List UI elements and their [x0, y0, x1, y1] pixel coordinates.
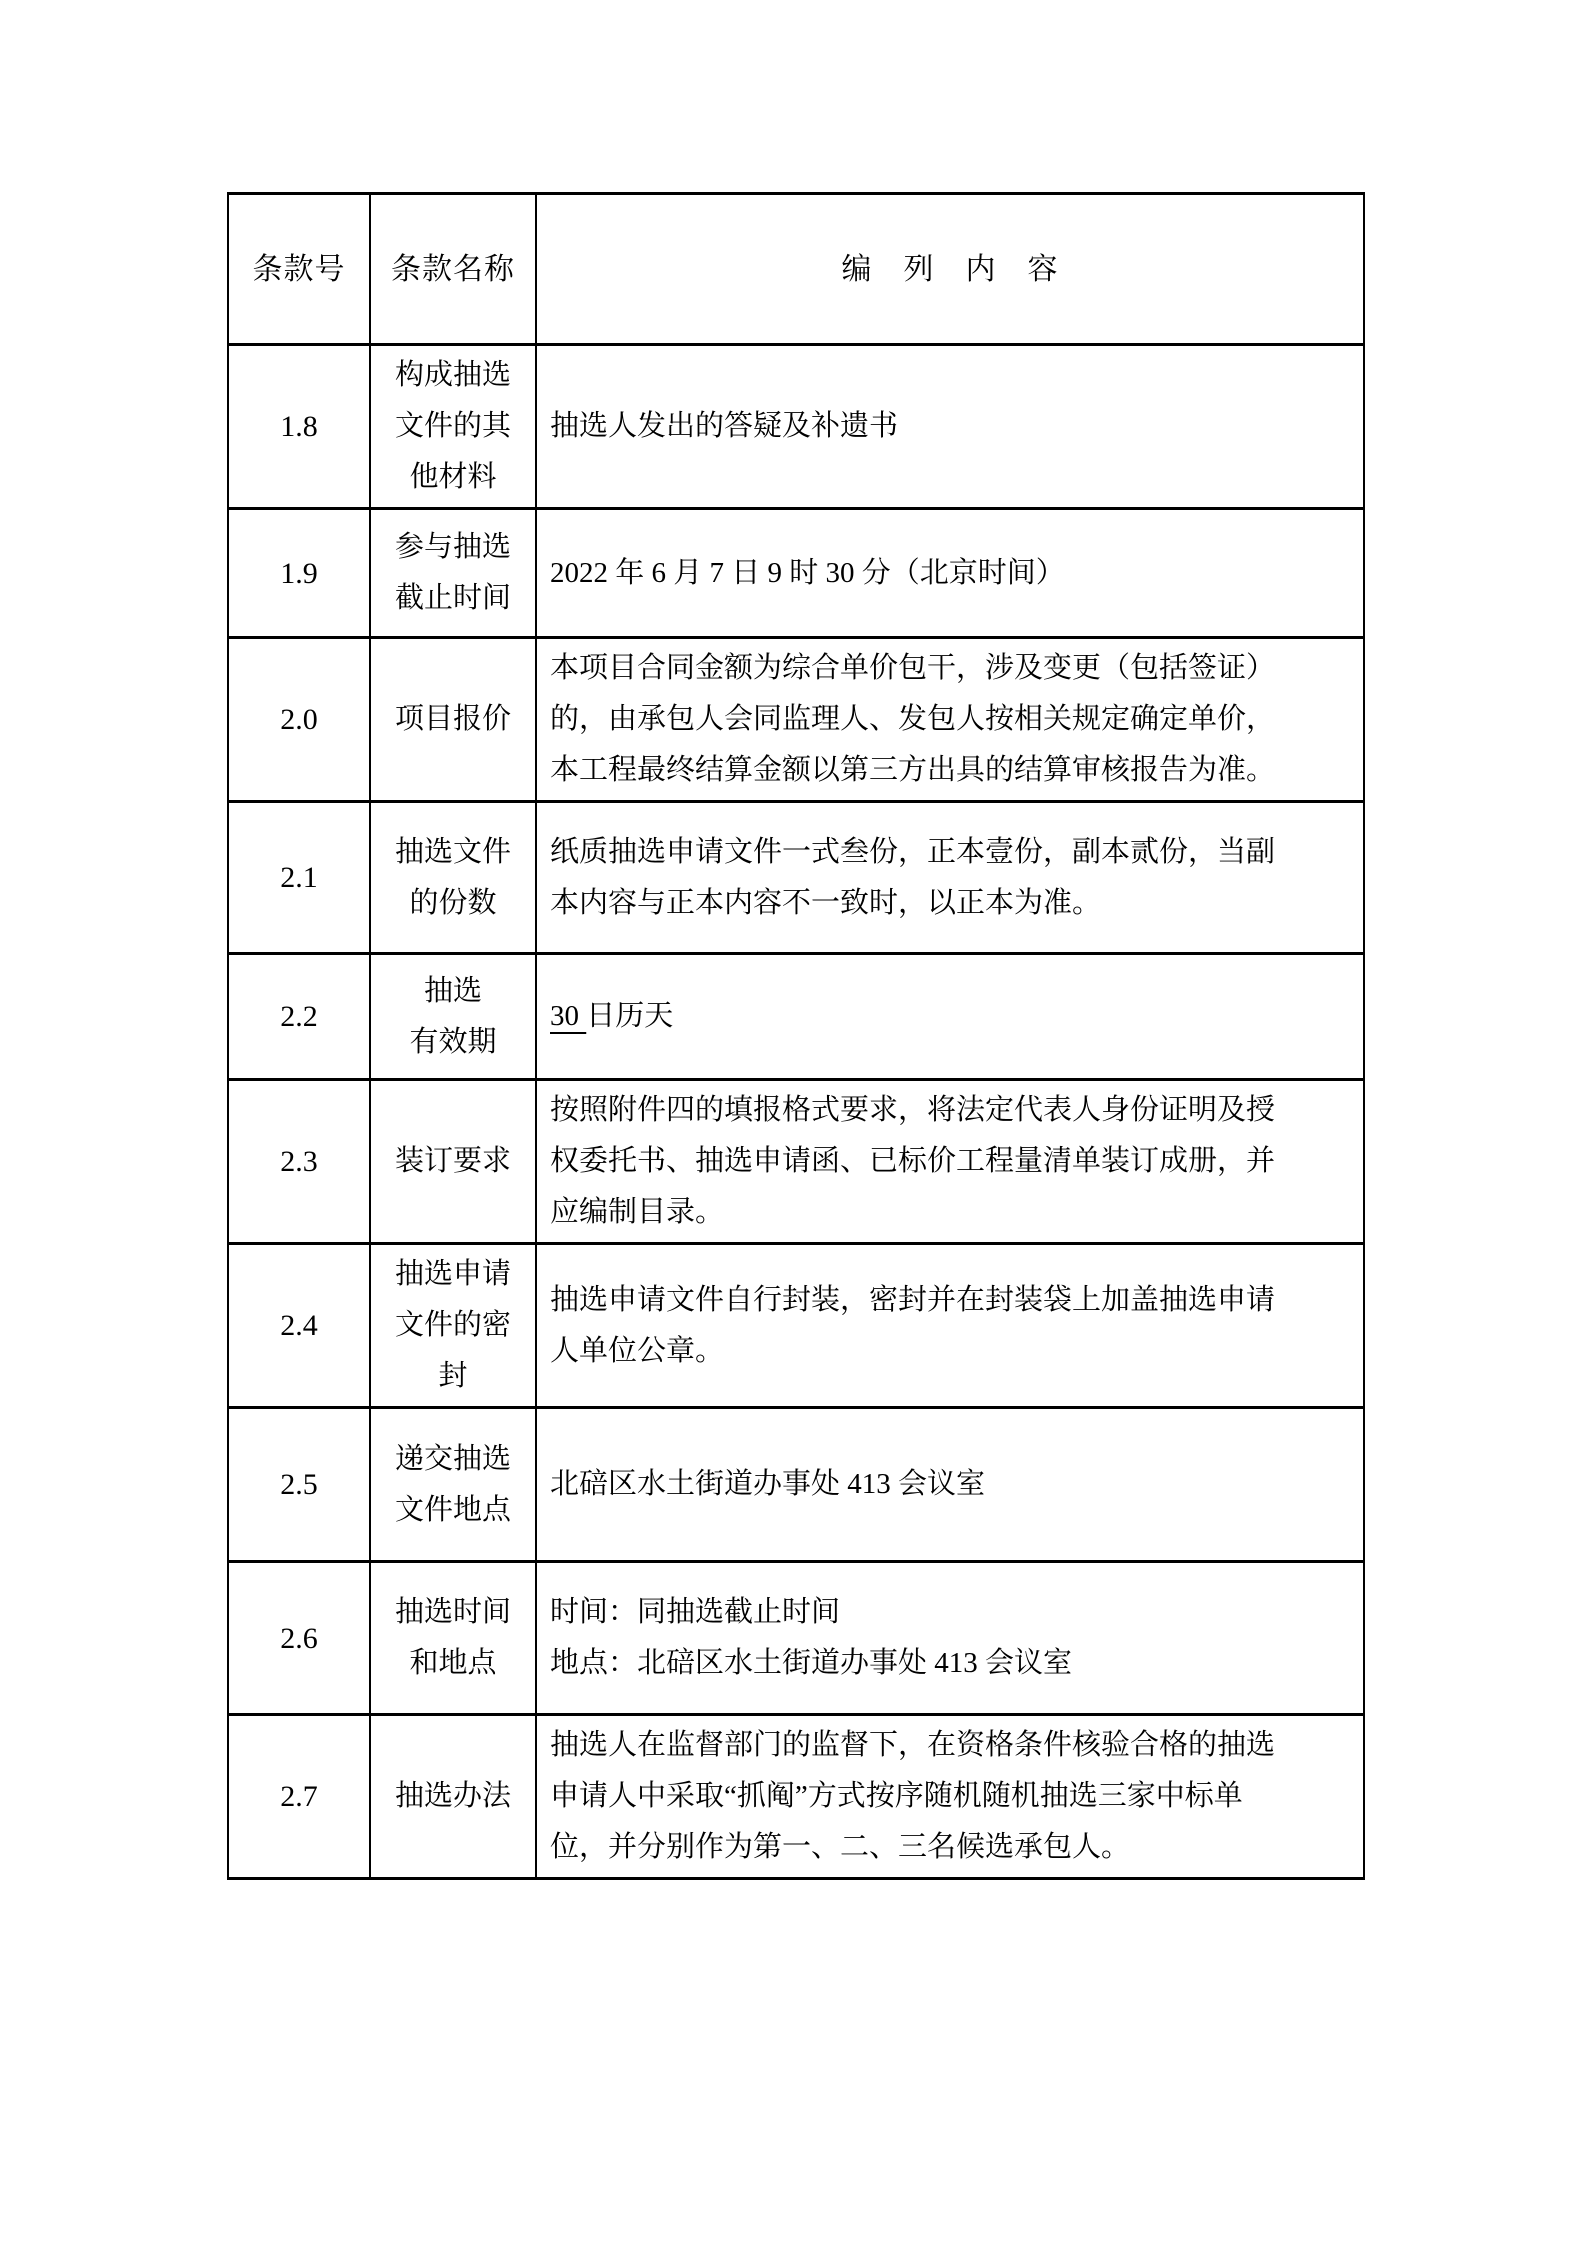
clause-content-cell: 按照附件四的填报格式要求，将法定代表人身份证明及授 权委托书、抽选申请函、已标价… — [536, 1080, 1364, 1244]
clause-table: 条款号 条款名称 编 列 内 容 1.8 构成抽选 文件的其 他材料 抽选人发出… — [227, 192, 1365, 1880]
clause-number-cell: 2.4 — [228, 1244, 370, 1408]
table-row: 2.2 抽选 有效期 30 日历天 — [228, 954, 1364, 1080]
clause-content-cell: 30 日历天 — [536, 954, 1364, 1080]
header-content: 编 列 内 容 — [536, 194, 1364, 345]
clause-content-cell: 2022 年 6 月 7 日 9 时 30 分（北京时间） — [536, 509, 1364, 638]
underlined-value: 30 — [550, 1000, 586, 1032]
clause-number-cell: 2.2 — [228, 954, 370, 1080]
table-row: 1.8 构成抽选 文件的其 他材料 抽选人发出的答疑及补遗书 — [228, 345, 1364, 509]
clause-name-cell: 递交抽选 文件地点 — [370, 1408, 536, 1562]
table-row: 2.6 抽选时间 和地点 时间：同抽选截止时间 地点：北碚区水土街道办事处 41… — [228, 1562, 1364, 1715]
clause-name-cell: 抽选文件 的份数 — [370, 802, 536, 954]
clause-content-cell: 纸质抽选申请文件一式叁份，正本壹份，副本贰份，当副 本内容与正本内容不一致时，以… — [536, 802, 1364, 954]
clause-number-cell: 2.7 — [228, 1715, 370, 1879]
table-row: 1.9 参与抽选 截止时间 2022 年 6 月 7 日 9 时 30 分（北京… — [228, 509, 1364, 638]
clause-name-cell: 抽选 有效期 — [370, 954, 536, 1080]
clause-number-cell: 2.5 — [228, 1408, 370, 1562]
clause-number-cell: 2.0 — [228, 638, 370, 802]
clause-content-cell: 抽选人发出的答疑及补遗书 — [536, 345, 1364, 509]
clause-content-cell: 抽选申请文件自行封装，密封并在封装袋上加盖抽选申请 人单位公章。 — [536, 1244, 1364, 1408]
table-row: 2.0 项目报价 本项目合同金额为综合单价包干，涉及变更（包括签证） 的，由承包… — [228, 638, 1364, 802]
clause-number-cell: 2.3 — [228, 1080, 370, 1244]
table-row: 2.1 抽选文件 的份数 纸质抽选申请文件一式叁份，正本壹份，副本贰份，当副 本… — [228, 802, 1364, 954]
table-row: 2.7 抽选办法 抽选人在监督部门的监督下，在资格条件核验合格的抽选 申请人中采… — [228, 1715, 1364, 1879]
clause-name-cell: 装订要求 — [370, 1080, 536, 1244]
content-text: 日历天 — [586, 1000, 673, 1032]
clause-name-cell: 抽选办法 — [370, 1715, 536, 1879]
clause-name-cell: 抽选时间 和地点 — [370, 1562, 536, 1715]
clause-number-cell: 1.9 — [228, 509, 370, 638]
clause-content-cell: 本项目合同金额为综合单价包干，涉及变更（包括签证） 的，由承包人会同监理人、发包… — [536, 638, 1364, 802]
table-row: 2.5 递交抽选 文件地点 北碚区水土街道办事处 413 会议室 — [228, 1408, 1364, 1562]
clause-name-cell: 抽选申请 文件的密 封 — [370, 1244, 536, 1408]
clause-content-cell: 时间：同抽选截止时间 地点：北碚区水土街道办事处 413 会议室 — [536, 1562, 1364, 1715]
clause-name-cell: 参与抽选 截止时间 — [370, 509, 536, 638]
clause-name-cell: 项目报价 — [370, 638, 536, 802]
table-row: 2.4 抽选申请 文件的密 封 抽选申请文件自行封装，密封并在封装袋上加盖抽选申… — [228, 1244, 1364, 1408]
header-clause-number: 条款号 — [228, 194, 370, 345]
clause-number-cell: 2.6 — [228, 1562, 370, 1715]
clause-number-cell: 1.8 — [228, 345, 370, 509]
table-row: 2.3 装订要求 按照附件四的填报格式要求，将法定代表人身份证明及授 权委托书、… — [228, 1080, 1364, 1244]
table-header-row: 条款号 条款名称 编 列 内 容 — [228, 194, 1364, 345]
clause-number-cell: 2.1 — [228, 802, 370, 954]
clause-name-cell: 构成抽选 文件的其 他材料 — [370, 345, 536, 509]
clause-content-cell: 抽选人在监督部门的监督下，在资格条件核验合格的抽选 申请人中采取“抓阄”方式按序… — [536, 1715, 1364, 1879]
document-page: 条款号 条款名称 编 列 内 容 1.8 构成抽选 文件的其 他材料 抽选人发出… — [0, 0, 1587, 2245]
header-clause-name: 条款名称 — [370, 194, 536, 345]
clause-content-cell: 北碚区水土街道办事处 413 会议室 — [536, 1408, 1364, 1562]
